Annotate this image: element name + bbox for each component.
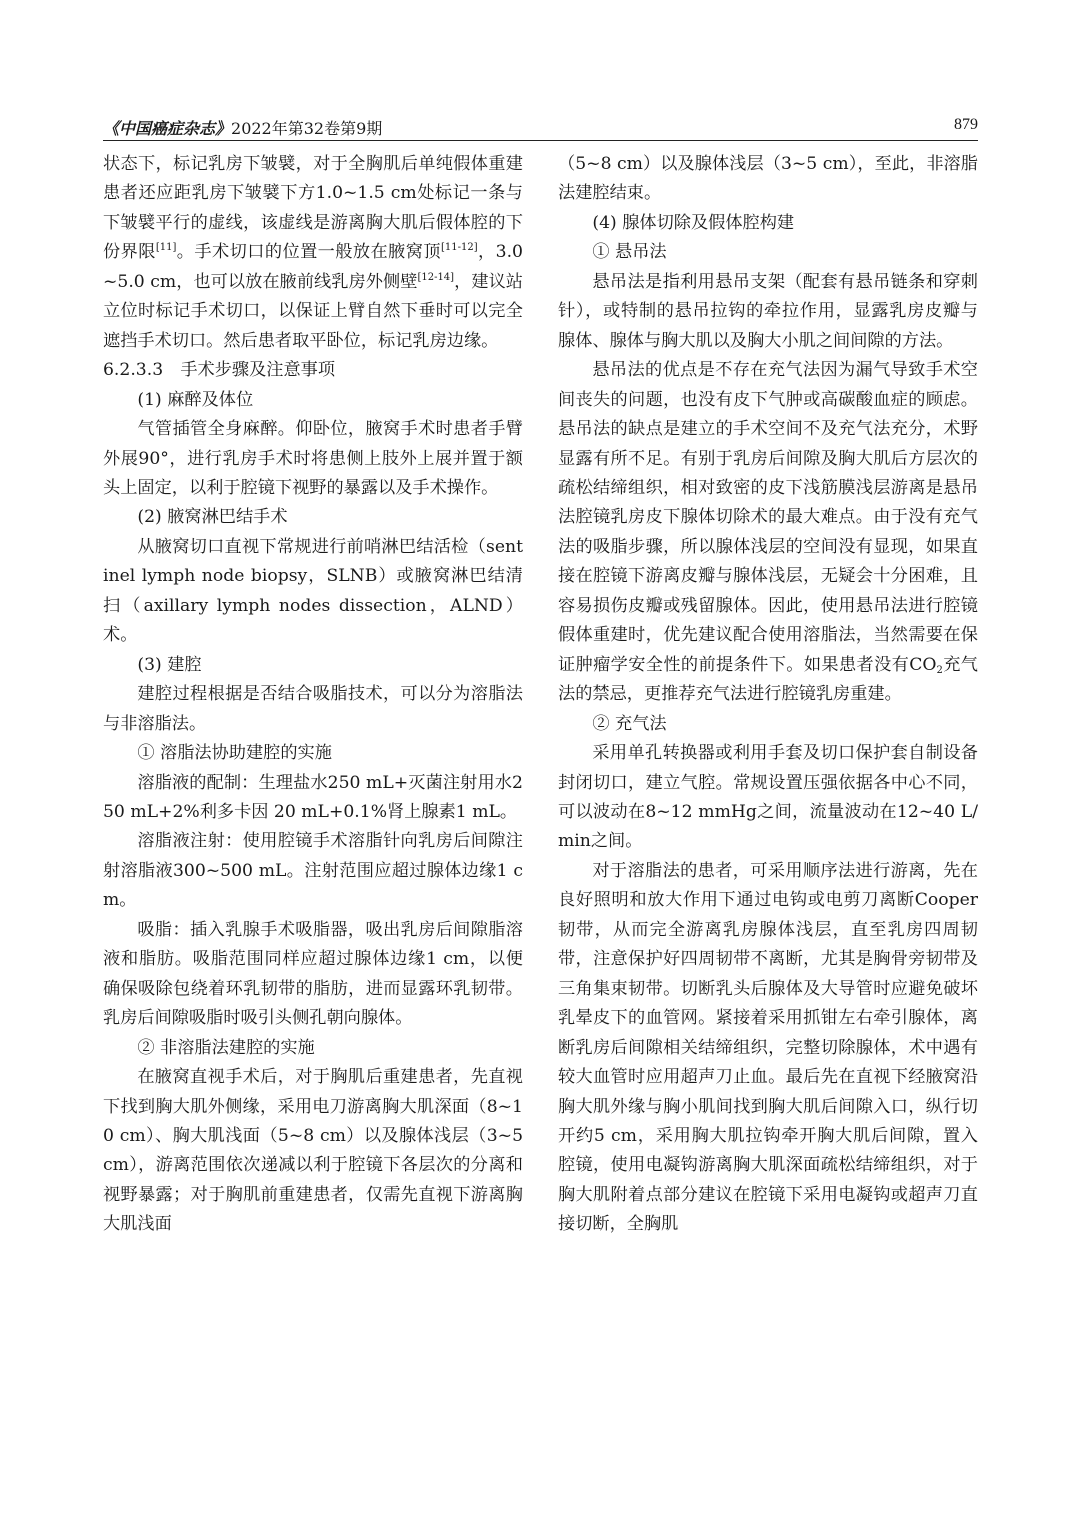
paragraph-cavity: 建腔过程根据是否结合吸脂技术，可以分为溶脂法与非溶脂法。	[103, 680, 523, 739]
journal-citation: 《中国癌症杂志》2022年第32卷第9期	[103, 116, 382, 139]
paragraph-continued: （5~8 cm）以及腺体浅层（3~5 cm），至此，非溶脂法建腔结束。	[558, 150, 978, 209]
paragraph-anesthesia: 气管插管全身麻醉。仰卧位，腋窝手术时患者手臂外展90°，进行乳房手术时将患侧上肢…	[103, 415, 523, 503]
citation: [11-12]	[441, 242, 478, 253]
subheading-insufflation: ② 充气法	[558, 710, 978, 739]
text: 。手术切口的位置一般放在腋窝顶	[176, 242, 441, 262]
paragraph-sequence: 对于溶脂法的患者，可采用顺序法进行游离，先在良好照明和放大作用下通过电钩或电剪刀…	[558, 857, 978, 1240]
paragraph-axillary: 从腋窝切口直视下常规进行前哨淋巴结活检（sentinel lymph node …	[103, 533, 523, 651]
subheading-anesthesia: (1) 麻醉及体位	[103, 386, 523, 415]
text: 悬吊法的优点是不存在充气法因为漏气导致手术空间丧失的问题，也没有皮下气肿或高碳酸…	[558, 360, 978, 675]
journal-name: 《中国癌症杂志》	[103, 119, 231, 138]
paragraph-suspension-pros-cons: 悬吊法的优点是不存在充气法因为漏气导致手术空间丧失的问题，也没有皮下气肿或高碳酸…	[558, 356, 978, 709]
section-heading: 6.2.3.3 手术步骤及注意事项	[103, 356, 523, 385]
subheading-cavity: (3) 建腔	[103, 651, 523, 680]
left-column: 状态下，标记乳房下皱襞，对于全胸肌后单纯假体重建患者还应距乳房下皱襞下方1.0~…	[103, 150, 523, 1240]
page-number: 879	[954, 116, 978, 134]
paragraph-marking: 状态下，标记乳房下皱襞，对于全胸肌后单纯假体重建患者还应距乳房下皱襞下方1.0~…	[103, 150, 523, 356]
subheading-axillary: (2) 腋窝淋巴结手术	[103, 503, 523, 532]
paragraph-prep: 溶脂液的配制：生理盐水250 mL+灭菌注射用水250 mL+2%利多卡因 20…	[103, 769, 523, 828]
right-column: （5~8 cm）以及腺体浅层（3~5 cm），至此，非溶脂法建腔结束。 (4) …	[558, 150, 978, 1240]
paragraph-inject: 溶脂液注射：使用腔镜手术溶脂针向乳房后间隙注射溶脂液300~500 mL。注射范…	[103, 827, 523, 915]
citation: [12-14]	[417, 272, 454, 283]
subheading-nonlipolysis: ② 非溶脂法建腔的实施	[103, 1034, 523, 1063]
journal-issue: 2022年第32卷第9期	[231, 119, 382, 138]
running-header: 《中国癌症杂志》2022年第32卷第9期 879	[103, 114, 978, 141]
subheading-suspension: ① 悬吊法	[558, 238, 978, 267]
paragraph-insufflation: 采用单孔转换器或利用手套及切口保护套自制设备封闭切口，建立气腔。常规设置压强依据…	[558, 739, 978, 857]
paragraph-suspension: 悬吊法是指利用悬吊支架（配套有悬吊链条和穿刺针），或特制的悬吊拉钩的牵拉作用，显…	[558, 268, 978, 356]
subheading-lipolysis: ① 溶脂法协助建腔的实施	[103, 739, 523, 768]
citation: [11]	[156, 242, 177, 253]
subheading-resection: (4) 腺体切除及假体腔构建	[558, 209, 978, 238]
paragraph-nonlipolysis: 在腋窝直视手术后，对于胸肌后重建患者，先直视下找到胸大肌外侧缘，采用电刀游离胸大…	[103, 1063, 523, 1240]
paragraph-suction: 吸脂：插入乳腺手术吸脂器，吸出乳房后间隙脂溶液和脂肪。吸脂范围同样应超过腺体边缘…	[103, 916, 523, 1034]
